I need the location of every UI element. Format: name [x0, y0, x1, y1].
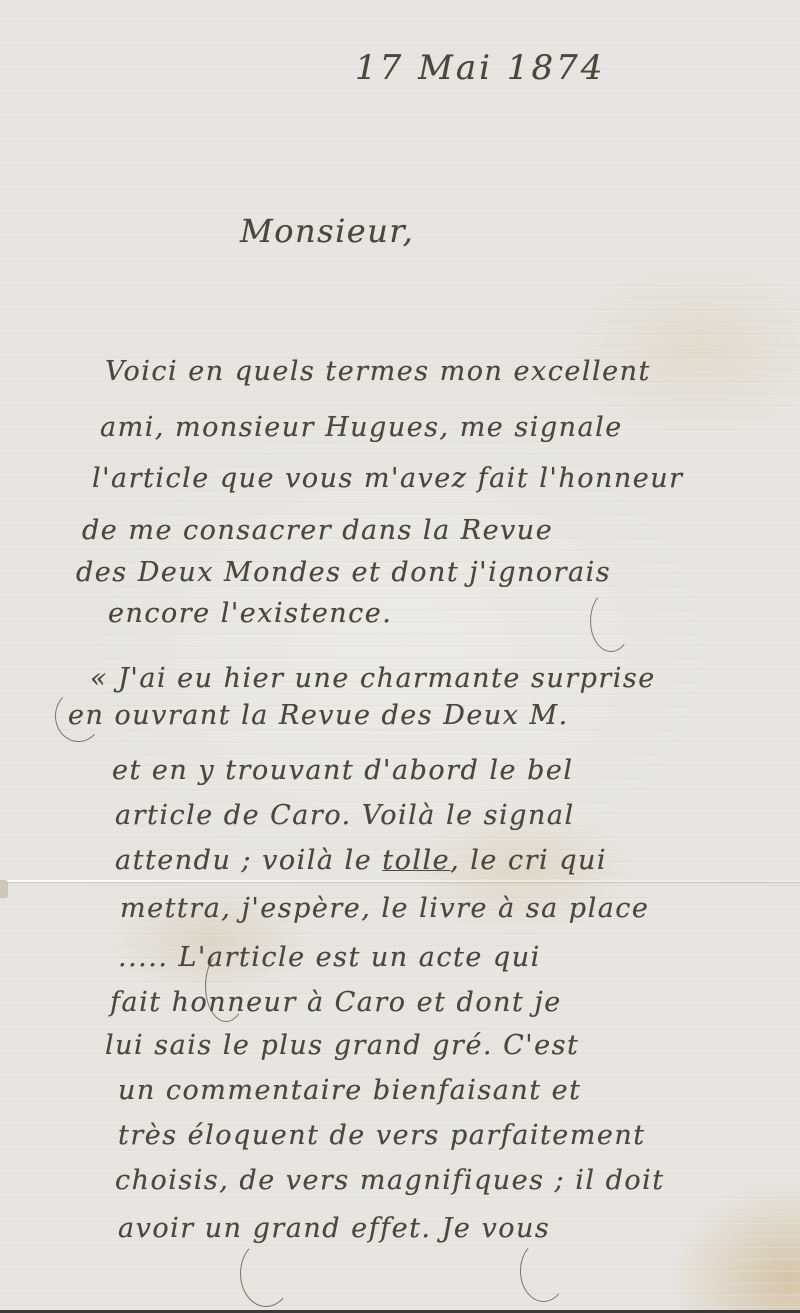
letter-salutation: Monsieur, — [240, 212, 414, 250]
ink-flourish — [520, 1240, 567, 1302]
letter-line: des Deux Mondes et dont j'ignorais — [76, 557, 611, 588]
letter-paper — [0, 0, 800, 1313]
letter-line: « J'ai eu hier une charmante surprise — [90, 663, 656, 694]
letter-line-with-underline: attendu ; voilà le tolle, le cri qui — [115, 845, 607, 876]
underlined-word: tolle — [382, 845, 450, 876]
letter-line: fait honneur à Caro et dont je — [110, 987, 562, 1018]
letter-line: lui sais le plus grand gré. C'est — [105, 1030, 579, 1061]
ink-flourish — [205, 950, 247, 1022]
letter-line: ami, monsieur Hugues, me signale — [100, 412, 623, 443]
ink-flourish — [240, 1240, 292, 1307]
letter-line: l'article que vous m'avez fait l'honneur — [92, 463, 684, 494]
letter-line: encore l'existence. — [108, 598, 392, 629]
letter-line: un commentaire bienfaisant et — [118, 1075, 581, 1106]
letter-line: article de Caro. Voilà le signal — [115, 800, 575, 831]
letter-line: ..... L'article est un acte qui — [118, 942, 541, 973]
letter-line: et en y trouvant d'abord le bel — [112, 755, 573, 786]
paper-fold-crease — [0, 880, 800, 882]
letter-line: de me consacrer dans la Revue — [82, 515, 553, 546]
letter-line: mettra, j'espère, le livre à sa place — [120, 893, 649, 924]
letter-line: avoir un grand effet. Je vous — [118, 1213, 550, 1244]
ink-flourish — [55, 690, 102, 742]
letter-line: très éloquent de vers parfaitement — [118, 1120, 646, 1151]
fold-tab — [0, 880, 8, 898]
letter-line: Voici en quels termes mon excellent — [105, 356, 651, 387]
letter-line: en ouvrant la Revue des Deux M. — [68, 700, 569, 731]
letter-date: 17 Mai 1874 — [355, 48, 605, 88]
letter-line: choisis, de vers magnifiques ; il doit — [115, 1165, 665, 1196]
ink-flourish — [590, 590, 632, 652]
